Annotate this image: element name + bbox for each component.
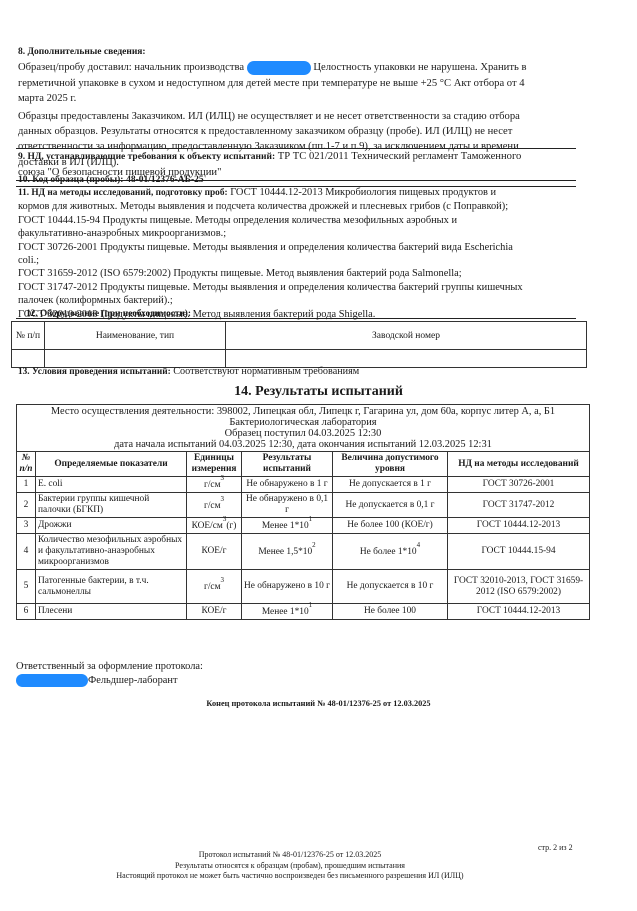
- table-row: 1E. coliг/см3Не обнаружено в 1 гНе допус…: [17, 477, 590, 493]
- responsible-position: Фельдшер-лаборант: [88, 675, 178, 686]
- section-11: 11. НД на методы исследований, подготовк…: [18, 186, 598, 321]
- test-dates: дата начала испытаний 04.03.2025 12:30, …: [19, 439, 587, 450]
- row-unit: КОЕ/г: [187, 534, 242, 570]
- row-number: 6: [17, 604, 36, 620]
- table-row: 3ДрожжиКОЕ/см3(г)Менее 1*101Не более 100…: [17, 518, 590, 534]
- row-indicator: E. coli: [36, 477, 187, 493]
- section-8-line-3: марта 2025 г.: [18, 91, 598, 106]
- row-number: 2: [17, 493, 36, 518]
- row-indicator: Количество мезофильных аэробных и факуль…: [36, 534, 187, 570]
- equipment-col-name: Наименование, тип: [45, 322, 226, 350]
- row-limit: Не допускается в 0,1 г: [333, 493, 448, 518]
- footer-protocol: Протокол испытаний № 48-01/12376-25 от 1…: [60, 850, 520, 861]
- equipment-table: № п/п Наименование, тип Заводской номер: [11, 321, 587, 368]
- section-8-line-1: Образец/пробу доставил: начальник произв…: [18, 60, 598, 75]
- method-line: палочек (колиформных бактерий).;: [18, 294, 598, 307]
- table-row: 5Патогенные бактерии, в т.ч. сальмонеллы…: [17, 570, 590, 604]
- test-conditions: Соответствуют нормативным требованиям: [173, 366, 359, 377]
- row-unit: г/см3: [187, 570, 242, 604]
- method-line: ГОСТ 31747-2012 Продукты пищевые. Методы…: [18, 281, 598, 294]
- row-limit: Не допускается в 10 г: [333, 570, 448, 604]
- row-indicator: Бактерии группы кишечной палочки (БГКП): [36, 493, 187, 518]
- equipment-col-serial: Заводской номер: [226, 322, 587, 350]
- method-line: ГОСТ 10444.12-2013 Микробиология пищевых…: [230, 187, 496, 198]
- lab-name: Бактериологическая лаборатория: [19, 417, 587, 428]
- table-row: 2Бактерии группы кишечной палочки (БГКП)…: [17, 493, 590, 518]
- section-8-line-4: Образцы предоставлены Заказчиком. ИЛ (ИЛ…: [18, 109, 598, 124]
- row-indicator: Дрожжи: [36, 518, 187, 534]
- sample-code: 48-01/12376-АБ-25: [126, 175, 204, 185]
- footer-results-note: Результаты относятся к образцам (пробам)…: [60, 861, 520, 872]
- row-limit: Не более 100: [333, 604, 448, 620]
- row-method: ГОСТ 30726-2001: [448, 477, 590, 493]
- method-line: ГОСТ 31659-2012 (ISO 6579:2002) Продукты…: [18, 267, 598, 280]
- method-line: ГОСТ 30726-2001 Продукты пищевые. Методы…: [18, 241, 598, 254]
- col-header-method: НД на методы исследований: [448, 452, 590, 477]
- method-line: ГОСТ 10444.15-94 Продукты пищевые. Метод…: [18, 214, 598, 227]
- row-limit: Не более 1*104: [333, 534, 448, 570]
- col-header-indicator: Определяемые показатели: [36, 452, 187, 477]
- redacted-name: [247, 61, 311, 75]
- equipment-cell: [45, 350, 226, 368]
- row-unit: КОЕ/г: [187, 604, 242, 620]
- col-header-units: Единицы измерения: [187, 452, 242, 477]
- row-number: 3: [17, 518, 36, 534]
- responsible-block: Ответственный за оформление протокола: Ф…: [16, 660, 203, 688]
- equipment-cell: [12, 350, 45, 368]
- responsible-label: Ответственный за оформление протокола:: [16, 660, 203, 674]
- section-12-heading: 12. Оборудование (при необходимости):: [26, 309, 191, 319]
- packaging-text: Целостность упаковки не нарушена. Хранит…: [313, 62, 526, 73]
- row-method: ГОСТ 10444.15-94: [448, 534, 590, 570]
- col-header-num: № п/п: [17, 452, 36, 477]
- section-9-text: ТР ТС 021/2011 Технический регламент Там…: [278, 151, 522, 162]
- row-method: ГОСТ 31747-2012: [448, 493, 590, 518]
- section-9-heading: 9. НД, устанавливающие требования к объе…: [18, 152, 275, 162]
- results-table: Место осуществления деятельности: 398002…: [16, 404, 590, 620]
- row-limit: Не допускается в 1 г: [333, 477, 448, 493]
- row-method: ГОСТ 32010-2013, ГОСТ 31659-2012 (ISO 65…: [448, 570, 590, 604]
- col-header-limit: Величина допустимого уровня: [333, 452, 448, 477]
- results-title: 14. Результаты испытаний: [0, 384, 637, 400]
- equipment-cell: [226, 350, 587, 368]
- section-13-heading: 13. Условия проведения испытаний:: [18, 367, 171, 377]
- row-indicator: Патогенные бактерии, в т.ч. сальмонеллы: [36, 570, 187, 604]
- row-result: Менее 1,5*102: [242, 534, 333, 570]
- row-limit: Не более 100 (КОЕ/г): [333, 518, 448, 534]
- row-number: 5: [17, 570, 36, 604]
- footer: Протокол испытаний № 48-01/12376-25 от 1…: [60, 850, 520, 882]
- page-number: стр. 2 из 2: [538, 843, 573, 852]
- test-location: Место осуществления деятельности: 398002…: [19, 406, 587, 417]
- row-result: Не обнаружено в 1 г: [242, 477, 333, 493]
- method-line: кормов для животных. Методы выявления и …: [18, 200, 598, 213]
- sample-received: Образец поступил 04.03.2025 12:30: [19, 428, 587, 439]
- table-row: 4Количество мезофильных аэробных и факул…: [17, 534, 590, 570]
- end-of-protocol: Конец протокола испытаний № 48-01/12376-…: [0, 699, 637, 708]
- section-13: 13. Условия проведения испытаний: Соотве…: [18, 366, 359, 377]
- section-8-line-5: данных образцов. Результаты относятся к …: [18, 124, 598, 139]
- section-8-line-2: герметичной упаковке в сухом и недоступн…: [18, 76, 598, 91]
- row-number: 4: [17, 534, 36, 570]
- table-row: 6ПлесениКОЕ/гМенее 1*101Не более 100ГОСТ…: [17, 604, 590, 620]
- row-result: Не обнаружено в 0,1 г: [242, 493, 333, 518]
- row-result: Не обнаружено в 10 г: [242, 570, 333, 604]
- row-unit: г/см3: [187, 493, 242, 518]
- section-10-heading: 10. Код образца (пробы):: [18, 175, 123, 185]
- row-number: 1: [17, 477, 36, 493]
- footer-copy-note: Настоящий протокол не может быть частичн…: [60, 871, 520, 882]
- row-method: ГОСТ 10444.12-2013: [448, 518, 590, 534]
- row-method: ГОСТ 10444.12-2013: [448, 604, 590, 620]
- method-line: coli.;: [18, 254, 598, 267]
- delivered-by-text: Образец/пробу доставил: начальник произв…: [18, 62, 244, 73]
- section-8-heading: 8. Дополнительные сведения:: [18, 45, 598, 60]
- row-result: Менее 1*101: [242, 518, 333, 534]
- results-header: Место осуществления деятельности: 398002…: [17, 405, 590, 452]
- equipment-col-num: № п/п: [12, 322, 45, 350]
- row-unit: КОЕ/см3(г): [187, 518, 242, 534]
- redacted-name: [16, 674, 88, 687]
- col-header-result: Результаты испытаний: [242, 452, 333, 477]
- method-line: факультативно-анаэробных микроорганизмов…: [18, 227, 598, 240]
- section-11-heading: 11. НД на методы исследований, подготовк…: [18, 188, 228, 198]
- row-unit: г/см3: [187, 477, 242, 493]
- row-result: Менее 1*101: [242, 604, 333, 620]
- row-indicator: Плесени: [36, 604, 187, 620]
